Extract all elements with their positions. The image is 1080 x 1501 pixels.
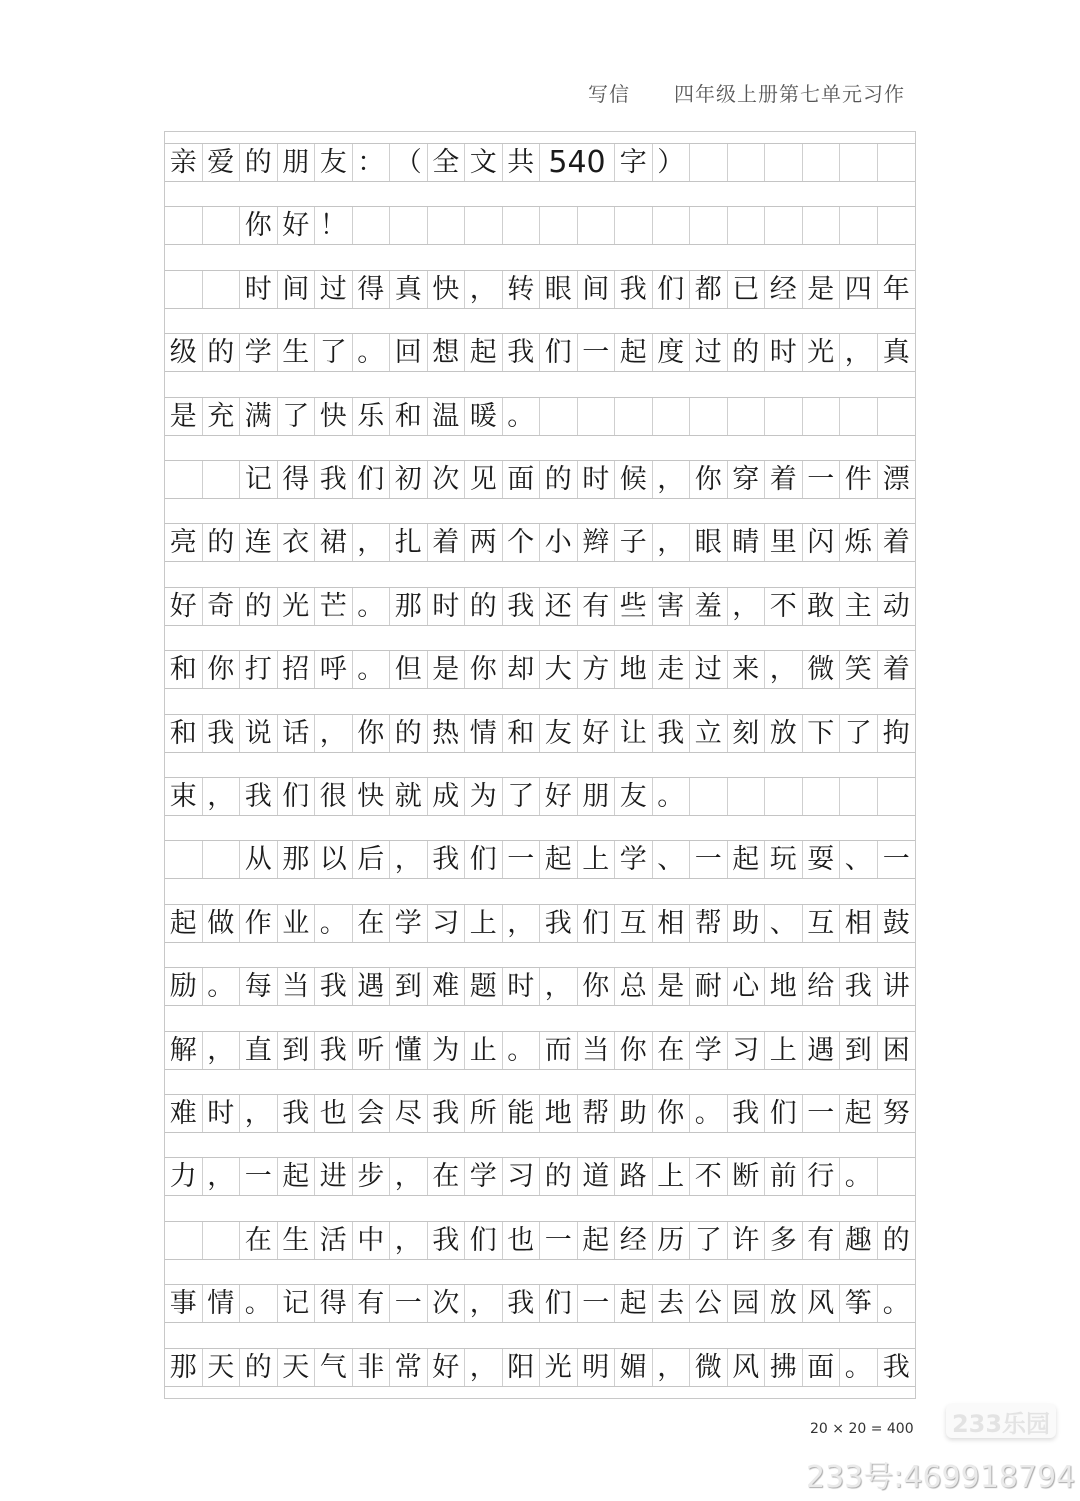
grid-cell: 四 [840, 271, 878, 308]
grid-cell [728, 144, 766, 181]
grid-cell: 也 [315, 1095, 353, 1132]
grid-cell: 生 [278, 1222, 316, 1259]
grid-cell: 遇 [353, 968, 391, 1005]
grid-cell: 我 [503, 334, 541, 371]
grid-cell: 连 [240, 524, 278, 561]
grid-cell: 时 [765, 334, 803, 371]
grid-cell [840, 207, 878, 244]
grid-cell: 回 [390, 334, 428, 371]
page-header: 写信四年级上册第七单元习作 [588, 78, 905, 107]
grid-cell: 时 [203, 1095, 241, 1132]
grid-cell: 一 [240, 1158, 278, 1195]
grid-row: 励。每当我遇到难题时，你总是耐心地给我讲 [165, 967, 915, 1006]
grid-cell: 一 [578, 334, 616, 371]
grid-cell: 光 [803, 334, 841, 371]
grid-cell: ， [203, 778, 241, 815]
grid-cell: 止 [465, 1032, 503, 1069]
grid-cell: 记 [278, 1285, 316, 1322]
grid-cell: 地 [765, 968, 803, 1005]
grid-cell: 时 [578, 461, 616, 498]
grid-cell: 许 [728, 1222, 766, 1259]
grid-cell: 转 [503, 271, 541, 308]
grid-cell: 学 [390, 905, 428, 942]
grid-cell [165, 461, 203, 498]
grid-cell: 直 [240, 1032, 278, 1069]
grid-row: 在生活中，我们也一起经历了许多有趣的 [165, 1221, 915, 1260]
grid-cell: 敢 [803, 588, 841, 625]
grid-cell: 微 [690, 1349, 728, 1386]
grid-cell: （ [390, 144, 428, 181]
grid-cell: 度 [653, 334, 691, 371]
grid-cell: 为 [428, 1032, 466, 1069]
grid-cell [690, 207, 728, 244]
grid-cell: 我 [503, 588, 541, 625]
grid-cell: 在 [653, 1032, 691, 1069]
grid-cell: 我 [315, 968, 353, 1005]
grid-cell: 你 [690, 461, 728, 498]
grid-cell: 。 [203, 968, 241, 1005]
grid-cell [878, 778, 916, 815]
grid-row: 那天的天气非常好，阳光明媚，微风拂面。我 [165, 1348, 915, 1387]
grid-cell: 有 [578, 588, 616, 625]
grid-cell: ， [503, 905, 541, 942]
grid-cell: ， [653, 524, 691, 561]
grid-cell: 拘 [878, 715, 916, 752]
grid-row: 解，直到我听懂为止。而当你在学习上遇到困 [165, 1031, 915, 1070]
grid-cell: 地 [615, 651, 653, 688]
grid-cell: 当 [578, 1032, 616, 1069]
watermark-id: 233号:469918794 [806, 1452, 1075, 1496]
chapter-label: 写信 [588, 82, 630, 106]
grid-cell: 小 [540, 524, 578, 561]
grid-cell: 。 [840, 1158, 878, 1195]
grid-cell: 穿 [728, 461, 766, 498]
grid-cell: 到 [390, 968, 428, 1005]
grid-cell: 两 [465, 524, 503, 561]
grid-cell: 懂 [390, 1032, 428, 1069]
grid-cell: 会 [353, 1095, 391, 1132]
grid-cell: 真 [390, 271, 428, 308]
grid-cell: 一 [690, 841, 728, 878]
grid-cell: 的 [240, 1349, 278, 1386]
grid-cell: 学 [615, 841, 653, 878]
grid-row: 事情。记得有一次，我们一起去公园放风筝。 [165, 1284, 915, 1323]
grid-cell: 不 [690, 1158, 728, 1195]
grid-cell: ， [315, 715, 353, 752]
grid-cell: 着 [428, 524, 466, 561]
grid-cell: 助 [728, 905, 766, 942]
grid-cell [203, 207, 241, 244]
grid-cell [203, 271, 241, 308]
grid-cell: 了 [315, 334, 353, 371]
grid-cell: 朋 [278, 144, 316, 181]
grid-cell: 满 [240, 398, 278, 435]
grid-cell: 衣 [278, 524, 316, 561]
grid-cell: 微 [803, 651, 841, 688]
grid-cell: 遇 [803, 1032, 841, 1069]
grid-cell: 一 [878, 841, 916, 878]
grid-cell: 你 [353, 715, 391, 752]
grid-cell: 起 [840, 1095, 878, 1132]
grid-row: 和我说话，你的热情和友好让我立刻放下了拘 [165, 714, 915, 753]
grid-cell: 。 [353, 651, 391, 688]
grid-cell: 温 [428, 398, 466, 435]
grid-cell: 事 [165, 1285, 203, 1322]
grid-cell [728, 207, 766, 244]
grid-cell: 天 [203, 1349, 241, 1386]
grid-cell: 见 [465, 461, 503, 498]
grid-cell: 们 [653, 271, 691, 308]
grid-cell: 作 [240, 905, 278, 942]
grid-cell: 的 [240, 144, 278, 181]
grid-cell: 好 [428, 1349, 466, 1386]
grid-cell: 去 [653, 1285, 691, 1322]
grid-cell: 过 [690, 651, 728, 688]
grid-cell: 一 [540, 1222, 578, 1259]
grid-cell [165, 1222, 203, 1259]
grid-cell: 鼓 [878, 905, 916, 942]
grid-cell: 辫 [578, 524, 616, 561]
grid-cell: 我 [840, 968, 878, 1005]
unit-title: 四年级上册第七单元习作 [674, 82, 905, 106]
grid-cell: 我 [878, 1349, 916, 1386]
grid-cell: 我 [428, 1222, 466, 1259]
grid-cell: 爱 [203, 144, 241, 181]
grid-cell: 的 [728, 334, 766, 371]
grid-cell: 友 [540, 715, 578, 752]
grid-cell [765, 398, 803, 435]
grid-cell: 的 [240, 588, 278, 625]
grid-cell [165, 271, 203, 308]
grid-cell: 情 [465, 715, 503, 752]
grid-cell: 历 [653, 1222, 691, 1259]
grid-cell: 立 [690, 715, 728, 752]
grid-cell: 们 [540, 1285, 578, 1322]
grid-cell: 已 [728, 271, 766, 308]
grid-cell: 和 [165, 715, 203, 752]
grid-cell: ， [390, 841, 428, 878]
grid-cell: 一 [803, 461, 841, 498]
grid-cell: 件 [840, 461, 878, 498]
grid-cell: 气 [315, 1349, 353, 1386]
grid-row: 好奇的光芒。那时的我还有些害羞，不敢主动 [165, 587, 915, 626]
grid-cell: 为 [465, 778, 503, 815]
grid-cell: 还 [540, 588, 578, 625]
grid-cell [465, 207, 503, 244]
grid-cell: 学 [690, 1032, 728, 1069]
grid-cell: 是 [803, 271, 841, 308]
grid-cell: 大 [540, 651, 578, 688]
grid-cell [353, 207, 391, 244]
grid-cell [840, 778, 878, 815]
grid-cell: 来 [728, 651, 766, 688]
grid-cell: 过 [315, 271, 353, 308]
grid-cell: 漂 [878, 461, 916, 498]
grid-cell: 想 [428, 334, 466, 371]
grid-cell: 耐 [690, 968, 728, 1005]
grid-cell: 让 [615, 715, 653, 752]
grid-cell: 能 [503, 1095, 541, 1132]
grid-cell: 而 [540, 1032, 578, 1069]
grid-cell: 我 [653, 715, 691, 752]
grid-cell: 充 [203, 398, 241, 435]
grid-cell: 主 [840, 588, 878, 625]
grid-cell: 我 [540, 905, 578, 942]
grid-cell: 快 [315, 398, 353, 435]
grid-cell: 好 [578, 715, 616, 752]
grid-cell: 全 [428, 144, 466, 181]
grid-cell: 了 [690, 1222, 728, 1259]
grid-cell: 力 [165, 1158, 203, 1195]
grid-row: 亮的连衣裙，扎着两个小辫子，眼睛里闪烁着 [165, 523, 915, 562]
grid-cell: 真 [878, 334, 916, 371]
grid-cell: 着 [878, 524, 916, 561]
grid-cell: 初 [390, 461, 428, 498]
grid-cell: 趣 [840, 1222, 878, 1259]
grid-cell: 起 [615, 334, 653, 371]
grid-cell [428, 207, 466, 244]
grid-cell: 助 [615, 1095, 653, 1132]
grid-cell: 经 [615, 1222, 653, 1259]
grid-cell: 就 [390, 778, 428, 815]
grid-cell: 上 [465, 905, 503, 942]
grid-cell: 媚 [615, 1349, 653, 1386]
grid-cell: 、 [653, 841, 691, 878]
grid-cell: 。 [353, 334, 391, 371]
grid-cell: 到 [840, 1032, 878, 1069]
grid-cell [540, 398, 578, 435]
watermark-logo: 233乐园 [946, 1404, 1056, 1438]
grid-cell: ， [653, 1349, 691, 1386]
grid-cell: 到 [278, 1032, 316, 1069]
grid-cell: 做 [203, 905, 241, 942]
grid-cell: 束 [165, 778, 203, 815]
grid-cell: 的 [878, 1222, 916, 1259]
grid-cell [878, 144, 916, 181]
grid-cell: 在 [428, 1158, 466, 1195]
grid-cell: ， [353, 524, 391, 561]
grid-cell: 、 [840, 841, 878, 878]
grid-cell: ， [765, 651, 803, 688]
grid-cell: 字 [615, 144, 653, 181]
grid-cell: 学 [465, 1158, 503, 1195]
grid-cell: 讲 [878, 968, 916, 1005]
grid-cell: ， [465, 1349, 503, 1386]
grid-row: 时间过得真快，转眼间我们都已经是四年 [165, 270, 915, 309]
grid-cell: 你 [465, 651, 503, 688]
grid-cell: ， [240, 1095, 278, 1132]
grid-cell: 说 [240, 715, 278, 752]
grid-cell [615, 207, 653, 244]
grid-cell: 成 [428, 778, 466, 815]
grid-cell [165, 841, 203, 878]
grid-cell: 的 [203, 334, 241, 371]
grid-cell [803, 778, 841, 815]
grid-cell: 次 [428, 1285, 466, 1322]
grid-cell: 们 [765, 1095, 803, 1132]
grid-cell: 起 [165, 905, 203, 942]
grid-cell: 。 [840, 1349, 878, 1386]
grid-cell: 招 [278, 651, 316, 688]
grid-cell [840, 144, 878, 181]
grid-cell: 上 [653, 1158, 691, 1195]
grid-cell [728, 398, 766, 435]
grid-cell: 你 [578, 968, 616, 1005]
grid-cell: 的 [465, 588, 503, 625]
grid-cell: 我 [428, 1095, 466, 1132]
grid-cell: 放 [765, 1285, 803, 1322]
grid-cell: 间 [578, 271, 616, 308]
grid-cell: 快 [353, 778, 391, 815]
grid-cell: 。 [240, 1285, 278, 1322]
grid-cell: 拂 [765, 1349, 803, 1386]
grid-cell: 难 [428, 968, 466, 1005]
grid-row: 从那以后，我们一起上学、一起玩耍、一 [165, 840, 915, 879]
grid-cell: 裙 [315, 524, 353, 561]
grid-cell: 们 [578, 905, 616, 942]
grid-cell: 上 [765, 1032, 803, 1069]
grid-cell: 走 [653, 651, 691, 688]
grid-cell: 时 [240, 271, 278, 308]
grid-cell [690, 778, 728, 815]
grid-cell: 放 [765, 715, 803, 752]
grid-cell: 。 [353, 588, 391, 625]
grid-cell [578, 398, 616, 435]
grid-cell: 芒 [315, 588, 353, 625]
grid-cell: 是 [165, 398, 203, 435]
grid-cell: 。 [690, 1095, 728, 1132]
grid-cell [840, 398, 878, 435]
grid-cell: 方 [578, 651, 616, 688]
grid-count-label: 20 × 20 = 400 [810, 1421, 914, 1437]
grid-cell [203, 841, 241, 878]
grid-cell: 时 [428, 588, 466, 625]
grid-cell [690, 144, 728, 181]
grid-cell: 以 [315, 841, 353, 878]
grid-cell: 园 [728, 1285, 766, 1322]
grid-row: 亲爱的朋友：（全文共540字） [165, 143, 915, 182]
grid-cell: 相 [840, 905, 878, 942]
grid-cell [203, 461, 241, 498]
grid-cell: 子 [615, 524, 653, 561]
grid-cell: 天 [278, 1349, 316, 1386]
grid-cell: 候 [615, 461, 653, 498]
grid-cell: 羞 [690, 588, 728, 625]
grid-cell: 过 [690, 334, 728, 371]
grid-cell: 玩 [765, 841, 803, 878]
grid-cell: 打 [240, 651, 278, 688]
grid-cell: 笑 [840, 651, 878, 688]
grid-cell: 。 [653, 778, 691, 815]
grid-cell [653, 398, 691, 435]
grid-cell: 年 [878, 271, 916, 308]
grid-cell: 、 [765, 905, 803, 942]
grid-cell: 公 [690, 1285, 728, 1322]
grid-cell: 亲 [165, 144, 203, 181]
grid-row: 难时，我也会尽我所能地帮助你。我们一起努 [165, 1094, 915, 1133]
grid-cell: 那 [165, 1349, 203, 1386]
grid-cell: 亮 [165, 524, 203, 561]
grid-cell: 努 [878, 1095, 916, 1132]
grid-cell: 级 [165, 334, 203, 371]
grid-cell: 和 [165, 651, 203, 688]
grid-cell: 一 [578, 1285, 616, 1322]
grid-cell: 我 [315, 1032, 353, 1069]
grid-cell: 却 [503, 651, 541, 688]
grid-cell: 朋 [578, 778, 616, 815]
grid-row: 记得我们初次见面的时候，你穿着一件漂 [165, 460, 915, 499]
grid-cell: ， [540, 968, 578, 1005]
grid-cell: 起 [465, 334, 503, 371]
grid-cell: 也 [503, 1222, 541, 1259]
grid-cell: 。 [878, 1285, 916, 1322]
grid-cell: 情 [203, 1285, 241, 1322]
grid-cell: 了 [278, 398, 316, 435]
grid-cell: 刻 [728, 715, 766, 752]
grid-cell: 筝 [840, 1285, 878, 1322]
grid-cell [203, 1222, 241, 1259]
grid-cell: 励 [165, 968, 203, 1005]
grid-cell: 非 [353, 1349, 391, 1386]
grid-cell: 帮 [578, 1095, 616, 1132]
grid-cell [878, 207, 916, 244]
grid-cell: 的 [540, 1158, 578, 1195]
grid-cell: 得 [278, 461, 316, 498]
grid-cell: 但 [390, 651, 428, 688]
grid-cell: 后 [353, 841, 391, 878]
grid-cell: 下 [803, 715, 841, 752]
grid-cell: 是 [653, 968, 691, 1005]
grid-cell: 路 [615, 1158, 653, 1195]
grid-cell: 听 [353, 1032, 391, 1069]
grid-cell: 我 [278, 1095, 316, 1132]
grid-cell: 光 [540, 1349, 578, 1386]
grid-cell: 起 [540, 841, 578, 878]
grid-cell: 的 [203, 524, 241, 561]
grid-cell: 不 [765, 588, 803, 625]
grid-cell [878, 1158, 916, 1195]
grid-cell: 面 [803, 1349, 841, 1386]
grid-cell: 帮 [690, 905, 728, 942]
grid-cell [803, 207, 841, 244]
grid-cell [878, 398, 916, 435]
grid-cell: ， [465, 271, 503, 308]
grid-cell: 们 [465, 841, 503, 878]
grid-cell: 奇 [203, 588, 241, 625]
grid-cell: 好 [165, 588, 203, 625]
grid-cell: 好 [540, 778, 578, 815]
grid-cell: 当 [278, 968, 316, 1005]
grid-cell: 们 [353, 461, 391, 498]
grid-cell: 习 [728, 1032, 766, 1069]
grid-cell: 风 [803, 1285, 841, 1322]
grid-cell: 暖 [465, 398, 503, 435]
grid-cell [728, 778, 766, 815]
grid-cell: 扎 [390, 524, 428, 561]
grid-cell: 热 [428, 715, 466, 752]
grid-cell: 了 [503, 778, 541, 815]
grid-cell: 眼 [540, 271, 578, 308]
grid-cell: 害 [653, 588, 691, 625]
grid-cell: 眼 [690, 524, 728, 561]
grid-cell: 共 [503, 144, 541, 181]
grid-cell: 每 [240, 968, 278, 1005]
grid-cell: 风 [728, 1349, 766, 1386]
grid-cell: 步 [353, 1158, 391, 1195]
grid-cell: 起 [615, 1285, 653, 1322]
grid-row: 起做作业。在学习上，我们互相帮助、互相鼓 [165, 904, 915, 943]
grid-cell: 乐 [353, 398, 391, 435]
